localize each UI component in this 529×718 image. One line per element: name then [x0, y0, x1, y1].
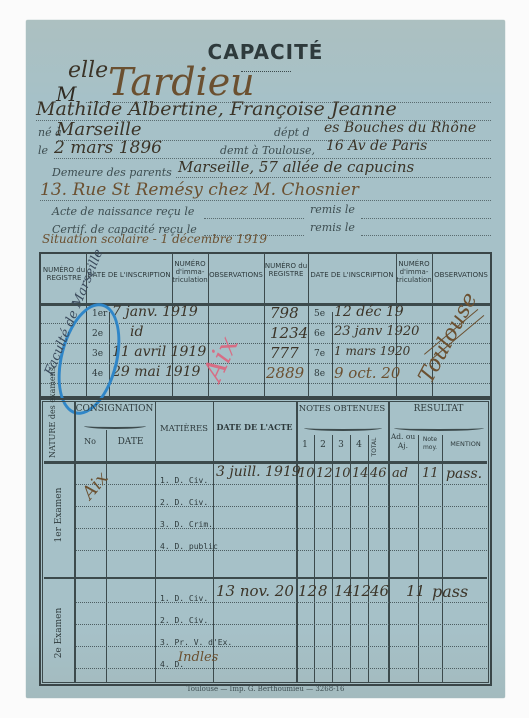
birth-cert-returned-dotline	[361, 218, 491, 219]
ordinal-8: 8e	[314, 369, 325, 379]
printer-footer: Toulouse — Imp. G. Berthoumieu — 3268-16	[26, 685, 505, 693]
row-dotline	[76, 602, 487, 603]
date-label: le	[38, 144, 48, 157]
header-note-3: 3	[332, 440, 350, 450]
header-total: TOTAL	[371, 434, 378, 460]
header-immatriculation: NUMÉRO d'imma-triculation	[172, 260, 208, 284]
parents-dotline	[176, 177, 491, 178]
ordinal-5: 5e	[314, 309, 325, 319]
header-note-4: 4	[350, 440, 368, 450]
row-dotline	[76, 646, 487, 647]
inscription-date-8: 9 oct. 20	[334, 364, 400, 382]
first-note-2: 12	[316, 466, 333, 481]
row-dotline	[76, 484, 487, 485]
first-note-1: 10	[298, 466, 315, 481]
header-note-2: 2	[314, 440, 332, 450]
inscription-date-3: 11 avril 1919	[112, 344, 206, 360]
inscription-date-6: 23 janv 1920	[334, 324, 419, 339]
header-observations: OBSERVATIONS	[208, 271, 264, 279]
first-total: 46	[370, 466, 387, 481]
honorific-hand: elle	[68, 58, 108, 83]
second-subject-2: 2. D. Civ.	[160, 616, 208, 625]
header-immatriculation-right: NUMÉRO d'imma-triculation	[396, 260, 432, 284]
resultat-flourish	[394, 425, 484, 431]
row-dotline	[76, 624, 487, 625]
header-matieres: MATIÈRES	[155, 424, 213, 434]
parents-value: Marseille, 57 allée de capucins	[178, 158, 414, 176]
born-at-value: Marseille	[56, 119, 142, 140]
header-note-moy: Note moy.	[418, 436, 442, 452]
dept-value: es Bouches du Rhône	[324, 120, 476, 136]
second-subject-4-hand: Indles	[178, 650, 218, 665]
header-consignation: CONSIGNATION	[74, 404, 155, 414]
vline	[332, 312, 333, 398]
inscription-date-4: 29 mai 1919	[112, 364, 200, 380]
notes-flourish	[304, 425, 382, 431]
first-subject-3: 3. D. Crim.	[160, 520, 213, 529]
second-note-moy: 11	[406, 582, 425, 600]
header-date-inscription-right: DATE DE L'INSCRIPTION	[308, 271, 396, 279]
second-note-3: 14	[334, 582, 353, 600]
first-subject-2: 2. D. Civ.	[160, 498, 208, 507]
first-exam-label: 1er Examen	[54, 480, 64, 550]
header-consignation-date: DATE	[106, 437, 155, 447]
first-mention: pass.	[446, 466, 482, 482]
first-note-moy: 11	[422, 466, 439, 481]
header-date-acte: DATE DE L'ACTE	[213, 422, 296, 432]
extra-address: 13. Rue St Remésy chez M. Chosnier	[40, 180, 359, 200]
row-dotline	[76, 550, 487, 551]
header-note-1: 1	[296, 440, 314, 450]
second-note-2: 8	[318, 582, 328, 600]
header-notes: NOTES OBTENUES	[296, 404, 388, 414]
inscription-date-2: id	[130, 324, 143, 340]
capacite-card: CAPACITÉ M elle Tardieu Mathilde Alberti…	[26, 20, 505, 698]
capacity-cert-returned-label: remis le	[310, 221, 355, 234]
first-date-acte: 3 juill. 1919	[216, 464, 301, 480]
capacity-cert-returned-dotline	[361, 235, 491, 236]
inscription-date-1: 7 janv. 1919	[112, 304, 198, 320]
header-resultat: RESULTAT	[388, 404, 489, 414]
first-note-3: 10	[334, 466, 351, 481]
row-dotline	[76, 528, 487, 529]
dept-label: dépt d	[274, 126, 310, 139]
registre-1: 798	[270, 304, 299, 322]
second-total: 46	[370, 582, 389, 600]
residence-label: demt à Toulouse,	[220, 144, 315, 157]
registre-2: 1234	[270, 324, 308, 342]
first-note-4: 14	[352, 466, 369, 481]
header-nature: NATURE des examens	[48, 403, 57, 458]
first-subject-4: 4. D. public	[160, 542, 218, 551]
header-mention: MENTION	[442, 440, 489, 448]
birth-cert-label: Acte de naissance reçu le	[52, 205, 194, 218]
second-date-acte: 13 nov. 20	[216, 582, 294, 600]
consignation-flourish	[84, 423, 146, 429]
row-dotline	[76, 668, 487, 669]
extra-address-dotline	[40, 200, 491, 201]
second-subject-3: 3. Pr. V. d'Ex.	[160, 638, 232, 647]
inscription-date-7: 1 mars 1920	[334, 344, 410, 358]
inscription-date-5: 12 déc 19	[334, 304, 404, 320]
registre-3: 777	[270, 344, 299, 362]
header-ad-aj: Ad. ou Aj.	[390, 432, 416, 450]
header-registre-right: NUMÉRO du REGISTRE	[264, 262, 308, 278]
ordinal-7: 7e	[314, 349, 325, 359]
second-note-1: 12	[298, 582, 317, 600]
ordinal-6: 6e	[314, 329, 325, 339]
header-date-inscription: DATE DE L'INSCRIPTION	[86, 271, 172, 279]
parents-label: Demeure des parents	[52, 166, 172, 179]
situation-note: Situation scolaire - 1 décembre 1919	[42, 232, 267, 246]
birth-cert-returned-label: remis le	[310, 203, 355, 216]
registre-4: 2889	[266, 364, 304, 382]
vline	[155, 401, 156, 683]
second-subject-1: 1. D. Civ.	[160, 594, 208, 603]
second-note-4: 12	[352, 582, 371, 600]
birth-date: 2 mars 1896	[54, 138, 162, 158]
first-subject-1: 1. D. Civ.	[160, 476, 208, 485]
header-no: No	[74, 437, 106, 446]
second-mention: pass	[432, 582, 468, 601]
second-exam-label: 2e Examen	[54, 598, 64, 668]
exam-separator	[44, 577, 487, 579]
header-observations-right: OBSERVATIONS	[432, 271, 490, 279]
birth-cert-dotline	[204, 218, 304, 219]
first-ad-aj: ad	[392, 466, 408, 481]
given-names: Mathilde Albertine, Françoise Jeanne	[36, 98, 397, 120]
row-dotline	[76, 506, 487, 507]
residence-value: 16 Av de Paris	[326, 138, 427, 154]
